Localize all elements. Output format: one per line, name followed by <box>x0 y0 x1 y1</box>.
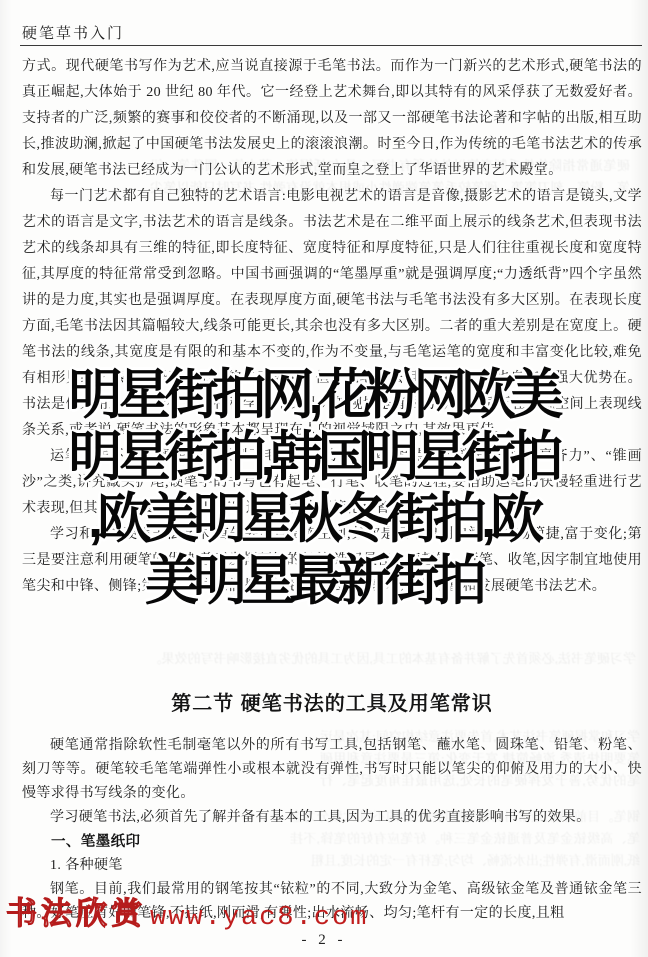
section-heading: 第二节 硬笔书法的工具及用笔常识 <box>22 692 642 716</box>
paragraph-continuation: 方式。现代硬笔书写作为艺术,应当说直接源于毛笔书法。而作为一门新兴的艺术形式,硬… <box>22 54 642 184</box>
watermark-site-url: www.yac8.com <box>150 903 368 933</box>
paragraph-stroke-method: 运笔方法不同,是硬笔书法区别于毛笔书法的一大基本特点。毛笔书法讲“万毫齐力”、“… <box>22 444 642 522</box>
subsection-heading: 一、笔墨纸印 <box>22 830 642 854</box>
book-page: 硬笔草书入门 硬笔通常指除软性毛制毫笔以外的所有书写工具,包括钢笔、蘸水笔、圆珠… <box>0 0 648 957</box>
site-watermark: 书法欣赏 www.yac8.com <box>6 888 368 933</box>
page-number: - 2 - <box>0 932 648 949</box>
paragraph-hard-pen-tools: 硬笔通常指除软性毛制毫笔以外的所有书写工具,包括钢笔、蘸水笔、圆珠笔、铅笔、粉笔… <box>22 734 642 806</box>
page-body-upper: 方式。现代硬笔书写作为艺术,应当说直接源于毛笔书法。而作为一门新兴的艺术形式,硬… <box>22 54 642 690</box>
paragraph-art-language: 每一门艺术都有自己独特的艺术语言:电影电视艺术的语言是音像,摄影艺术的语言是镜头… <box>22 184 642 444</box>
paragraph-tools-importance: 学习硬笔书法,必须首先了解并备有基本的工具,因为工具的优劣直接影响书写的效果。 <box>22 806 642 830</box>
numbered-item: 1. 各种硬笔 <box>22 854 642 878</box>
watermark-site-name: 书法欣赏 <box>6 896 146 931</box>
paragraph-learning-points: 学习和掌握硬笔书法艺术,首先要注意结构空间;其次是运笔要明快清秀,流畅简捷,富于… <box>22 522 642 600</box>
header-rule <box>20 45 642 46</box>
running-head: 硬笔草书入门 <box>22 22 124 43</box>
